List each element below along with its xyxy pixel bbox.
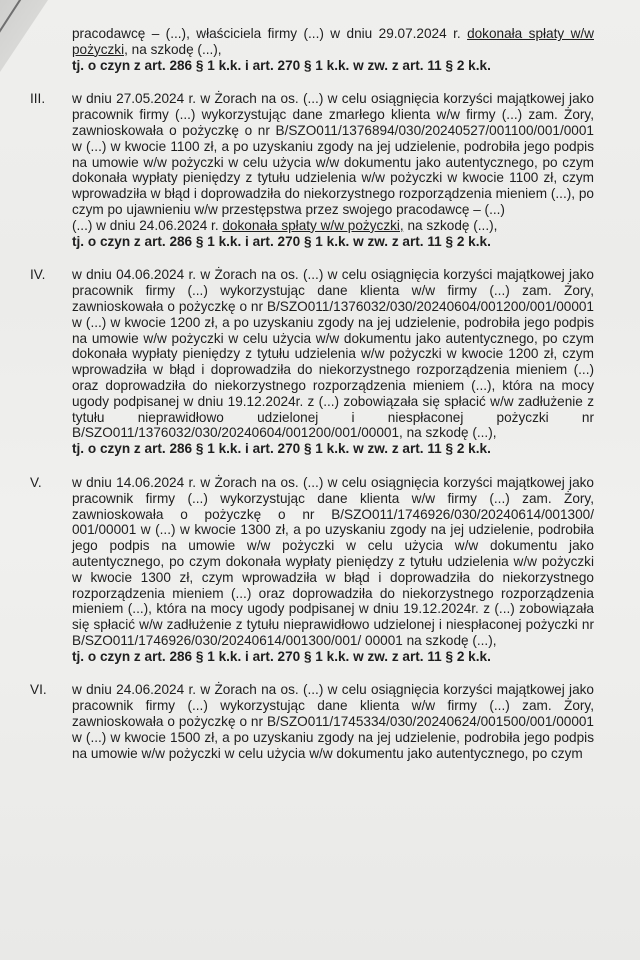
item-body: w dniu 27.05.2024 r. w Żorach na os. (..… [72, 91, 594, 217]
text-segment: na szkodę (...), [404, 218, 498, 233]
text-segment: na szkodę (...), [128, 42, 222, 57]
text-segment: pracodawcę – (...), właściciela firmy (.… [72, 26, 467, 41]
item-body: w dniu 04.06.2024 r. w Żorach na os. (..… [72, 267, 594, 441]
charge-item-iv: IV. w dniu 04.06.2024 r. w Żorach na os.… [30, 267, 594, 457]
item-body: w dniu 24.06.2024 r. w Żorach na os. (..… [72, 682, 594, 761]
item-numeral: III. [30, 91, 72, 249]
legal-charge: tj. o czyn z art. 286 § 1 k.k. i art. 27… [72, 441, 594, 457]
legal-charge: tj. o czyn z art. 286 § 1 k.k. i art. 27… [72, 58, 594, 74]
charge-item-iii: III. w dniu 27.05.2024 r. w Żorach na os… [30, 91, 594, 249]
underlined-phrase: dokonała spłaty w/w pożyczki, [222, 218, 403, 233]
text-segment: (...) w dniu 24.06.2024 r. [72, 218, 222, 233]
continuation-paragraph: pracodawcę – (...), właściciela firmy (.… [72, 26, 594, 73]
legal-charge: tj. o czyn z art. 286 § 1 k.k. i art. 27… [72, 234, 594, 250]
item-numeral: IV. [30, 267, 72, 457]
item-tail: (...) w dniu 24.06.2024 r. dokonała spła… [72, 218, 594, 234]
charge-item-vi: VI. w dniu 24.06.2024 r. w Żorach na os.… [30, 682, 594, 761]
item-numeral: VI. [30, 682, 72, 761]
document-page: pracodawcę – (...), właściciela firmy (.… [30, 26, 594, 761]
item-body: w dniu 14.06.2024 r. w Żorach na os. (..… [72, 475, 594, 649]
continuation-text: pracodawcę – (...), właściciela firmy (.… [72, 26, 594, 58]
charge-item-v: V. w dniu 14.06.2024 r. w Żorach na os. … [30, 475, 594, 665]
item-numeral: V. [30, 475, 72, 665]
legal-charge: tj. o czyn z art. 286 § 1 k.k. i art. 27… [72, 649, 594, 665]
